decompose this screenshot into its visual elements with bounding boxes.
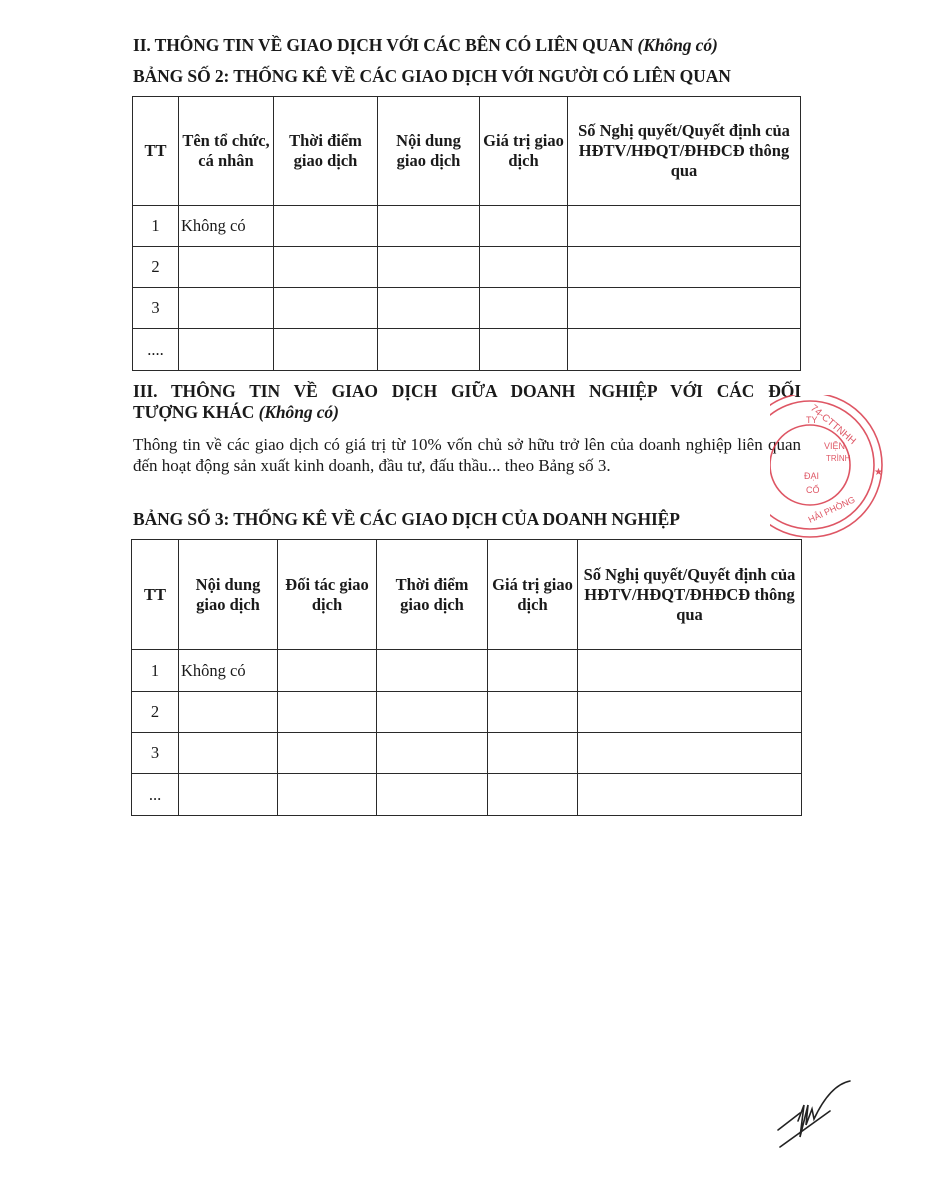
section-3-heading-line-2: TƯỢNG KHÁC (Không có) xyxy=(133,402,339,423)
table-cell xyxy=(480,329,568,371)
table-cell xyxy=(274,247,378,288)
table-2-header-time: Thời điểm giao dịch xyxy=(274,97,378,206)
svg-text:74-CTTNHH: 74-CTTNHH xyxy=(808,403,858,447)
table-cell xyxy=(378,247,480,288)
table-cell xyxy=(488,774,578,816)
svg-text:VIỆN: VIỆN xyxy=(824,441,845,451)
table-cell xyxy=(274,206,378,247)
section-3-title: TƯỢNG KHÁC xyxy=(133,402,254,422)
table-2-header-content: Nội dung giao dịch xyxy=(378,97,480,206)
table-cell xyxy=(568,247,801,288)
table-cell xyxy=(578,650,802,692)
table-cell xyxy=(480,288,568,329)
table-3-header-content: Nội dung giao dịch xyxy=(179,540,278,650)
table-2-header-resolution: Số Nghị quyết/Quyết định của HĐTV/HĐQT/Đ… xyxy=(568,97,801,206)
table-cell xyxy=(378,288,480,329)
table-cell xyxy=(578,733,802,774)
table-cell: .... xyxy=(133,329,179,371)
table-3: TT Nội dung giao dịch Đối tác giao dịch … xyxy=(131,539,802,816)
table-cell xyxy=(179,288,274,329)
table-cell xyxy=(377,650,488,692)
section-3-note: (Không có) xyxy=(259,402,339,422)
table-cell xyxy=(480,247,568,288)
table-cell xyxy=(568,288,801,329)
table-cell xyxy=(179,733,278,774)
table-row: 1 Không có xyxy=(132,650,802,692)
table-3-header-time: Thời điểm giao dịch xyxy=(377,540,488,650)
table-2-header-row: TT Tên tổ chức, cá nhân Thời điểm giao d… xyxy=(133,97,801,206)
table-3-header-row: TT Nội dung giao dịch Đối tác giao dịch … xyxy=(132,540,802,650)
table-cell xyxy=(488,692,578,733)
table-3-header-value: Giá trị giao dịch xyxy=(488,540,578,650)
table-cell: 2 xyxy=(133,247,179,288)
table-cell: Không có xyxy=(179,206,274,247)
table-row: 2 xyxy=(132,692,802,733)
table-cell: 2 xyxy=(132,692,179,733)
table-row: 3 xyxy=(133,288,801,329)
table-cell: 3 xyxy=(133,288,179,329)
signature-icon xyxy=(770,1075,870,1155)
table-cell xyxy=(378,329,480,371)
table-cell xyxy=(488,650,578,692)
table-cell xyxy=(377,774,488,816)
table-2-caption: BẢNG SỐ 2: THỐNG KÊ VỀ CÁC GIAO DỊCH VỚI… xyxy=(133,66,731,87)
table-row: .... xyxy=(133,329,801,371)
table-cell xyxy=(488,733,578,774)
table-cell xyxy=(578,774,802,816)
table-cell xyxy=(274,288,378,329)
section-3-paragraph: Thông tin về các giao dịch có giá trị từ… xyxy=(133,434,801,476)
table-cell: 1 xyxy=(132,650,179,692)
svg-text:TY: TY xyxy=(806,415,818,425)
table-3-header-resolution: Số Nghị quyết/Quyết định của HĐTV/HĐQT/Đ… xyxy=(578,540,802,650)
table-2-header-name: Tên tổ chức, cá nhân xyxy=(179,97,274,206)
svg-text:CỔ: CỔ xyxy=(806,484,820,495)
table-cell xyxy=(578,692,802,733)
svg-text:HẢI PHÒNG: HẢI PHÒNG xyxy=(806,493,856,524)
table-cell xyxy=(179,329,274,371)
table-row: 3 xyxy=(132,733,802,774)
section-3-heading-line-1: III. THÔNG TIN VỀ GIAO DỊCH GIỮA DOANH N… xyxy=(133,381,801,402)
table-3-header-partner: Đối tác giao dịch xyxy=(278,540,377,650)
table-cell xyxy=(179,692,278,733)
table-cell xyxy=(278,692,377,733)
section-2-note: (Không có) xyxy=(638,35,718,55)
table-3-header-tt: TT xyxy=(132,540,179,650)
section-2-title: II. THÔNG TIN VỀ GIAO DỊCH VỚI CÁC BÊN C… xyxy=(133,35,633,55)
table-cell xyxy=(377,692,488,733)
table-2-header-tt: TT xyxy=(133,97,179,206)
table-2: TT Tên tổ chức, cá nhân Thời điểm giao d… xyxy=(132,96,801,371)
table-cell xyxy=(179,247,274,288)
table-cell xyxy=(568,206,801,247)
table-cell xyxy=(378,206,480,247)
table-cell: ... xyxy=(132,774,179,816)
svg-text:ĐẠI: ĐẠI xyxy=(804,471,819,481)
table-cell: 1 xyxy=(133,206,179,247)
table-cell: 3 xyxy=(132,733,179,774)
table-row: 1 Không có xyxy=(133,206,801,247)
table-cell xyxy=(278,733,377,774)
table-row: ... xyxy=(132,774,802,816)
svg-text:★: ★ xyxy=(874,467,883,478)
table-3-caption: BẢNG SỐ 3: THỐNG KÊ VỀ CÁC GIAO DỊCH CỦA… xyxy=(133,509,680,530)
table-cell xyxy=(179,774,278,816)
table-cell xyxy=(278,774,377,816)
svg-text:TRÌNH: TRÌNH xyxy=(826,454,851,463)
table-row: 2 xyxy=(133,247,801,288)
table-cell xyxy=(377,733,488,774)
table-2-header-value: Giá trị giao dịch xyxy=(480,97,568,206)
table-cell xyxy=(568,329,801,371)
table-cell xyxy=(278,650,377,692)
table-cell: Không có xyxy=(179,650,278,692)
section-2-heading: II. THÔNG TIN VỀ GIAO DỊCH VỚI CÁC BÊN C… xyxy=(133,35,718,56)
table-cell xyxy=(274,329,378,371)
table-cell xyxy=(480,206,568,247)
